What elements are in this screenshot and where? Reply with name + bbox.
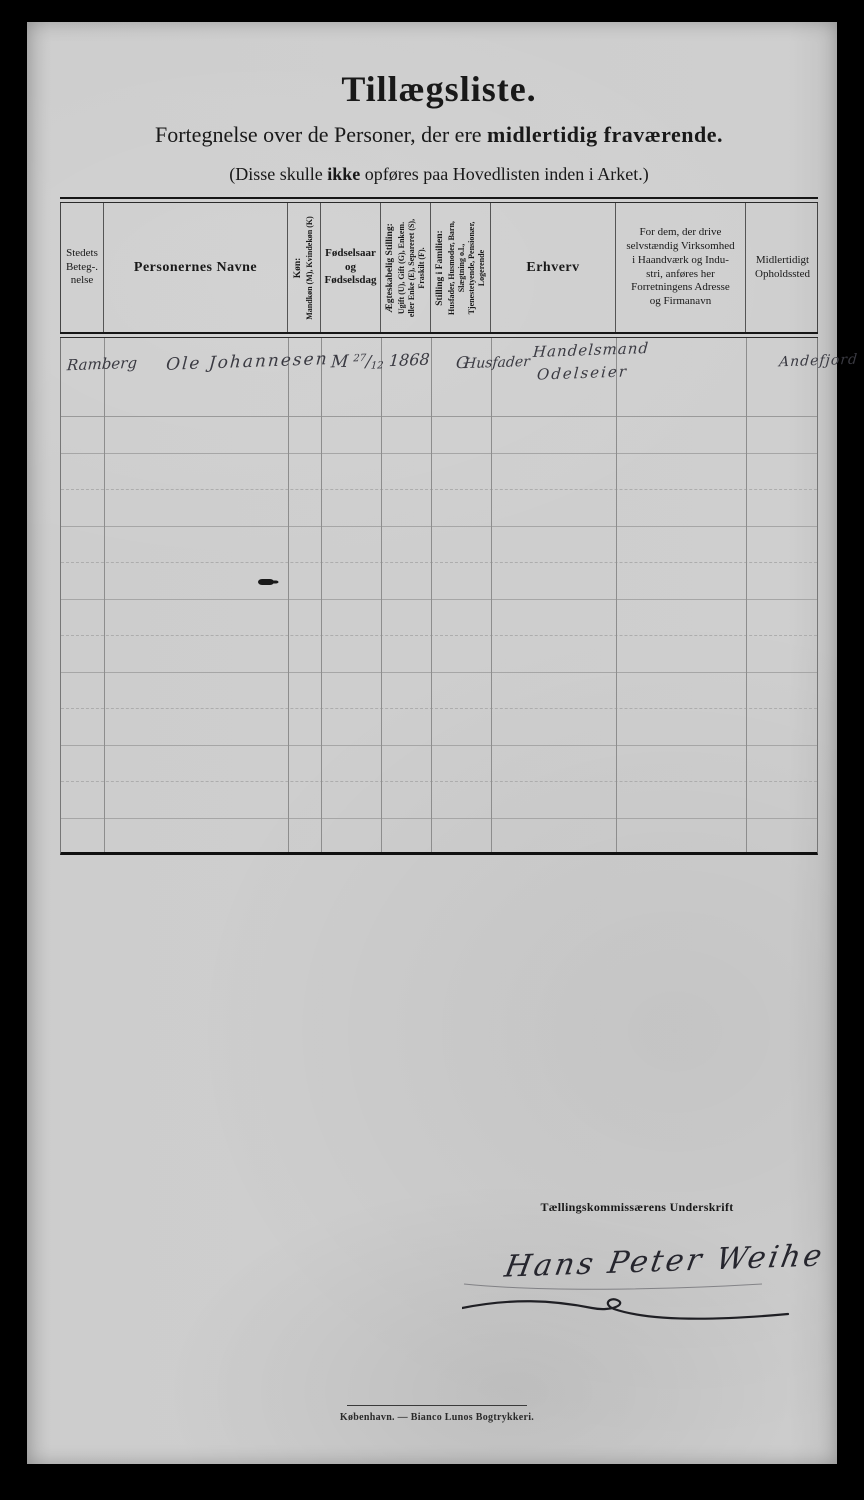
table-row [61, 600, 817, 637]
header-sex: Køn:Mandkøn (M), Kvindekøn (K) [288, 203, 321, 332]
signature-flourish-stroke [462, 1262, 792, 1332]
header-name: Personernes Navne [104, 203, 288, 332]
header-sex-rotated-text: Køn:Mandkøn (M), Kvindekøn (K) [293, 207, 315, 329]
note-pre-text: (Disse skulle [229, 164, 327, 184]
table-row [61, 746, 817, 783]
imprint-rule [347, 1405, 527, 1406]
column-rule [746, 338, 747, 852]
row-residence-handwritten: Andefjord [778, 352, 858, 371]
table-row [61, 636, 817, 673]
page-note: (Disse skulle ikke opføres paa Hovedlist… [60, 164, 818, 185]
header-occupation: Erhverv [491, 203, 616, 332]
census-table: Stedets Beteg-. nelse Personernes Navne … [60, 197, 818, 855]
subtitle-regular-text: Fortegnelse over de Personer, der ere [155, 122, 487, 147]
header-sex-title: Køn: [293, 207, 305, 329]
column-rule [431, 338, 432, 852]
row-birthdate-handwritten: 27/12 1868 [352, 350, 430, 373]
table-row [61, 782, 817, 819]
row-sex-handwritten: M [330, 352, 349, 373]
birthdate-month: 12 [370, 360, 383, 371]
table-row-entry: Ramberg Ole Johannesen M 27/12 1868 G Hu… [61, 338, 817, 417]
table-row [61, 709, 817, 746]
header-marital: Ægteskabelig Stilling:Ugift (U), Gift (G… [381, 203, 431, 332]
table-body-rows: Ramberg Ole Johannesen M 27/12 1868 G Hu… [61, 338, 817, 855]
table-row [61, 417, 817, 454]
header-family-title: Stilling i Familien: [435, 207, 447, 329]
table-row [61, 819, 817, 856]
subtitle-bold-text: midlertidig fraværende. [487, 122, 723, 147]
ink-blot-artifact [258, 579, 274, 585]
header-birth: Fødselsaar og Fødselsdag [321, 203, 381, 332]
page-subtitle: Fortegnelse over de Personer, der ere mi… [60, 122, 818, 148]
header-business: For dem, der drive selvstændig Virksomhe… [616, 203, 746, 332]
row-occupation-line1-handwritten: Handelsmand [532, 339, 649, 361]
column-rule [381, 338, 382, 852]
table-row [61, 563, 817, 600]
header-family-rotated-text: Stilling i Familien:Husfader, Husmoder, … [435, 207, 487, 329]
paper-sheet: Tillægsliste. Fortegnelse over de Person… [27, 22, 837, 1464]
row-occupation-line2-handwritten: Odelseier [536, 362, 628, 383]
header-family: Stilling i Familien:Husfader, Husmoder, … [431, 203, 491, 332]
row-family-handwritten: Husfader [463, 354, 530, 372]
table-body: Ramberg Ole Johannesen M 27/12 1868 G Hu… [60, 338, 818, 855]
table-row [61, 527, 817, 564]
note-bold-text: ikke [327, 164, 360, 184]
table-row [61, 490, 817, 527]
header-residence: Midlertidigt Opholdssted [746, 203, 819, 332]
printer-imprint: København. — Bianco Lunos Bogtrykkeri. [257, 1412, 617, 1423]
table-row [61, 454, 817, 491]
column-rule [104, 338, 105, 852]
signature-label: Tællingskommissærens Underskrift [517, 1200, 757, 1215]
scanned-page-background: Tillægsliste. Fortegnelse over de Person… [0, 0, 864, 1500]
header-marital-detail: Ugift (U), Gift (G), Enkem. eller Enke (… [396, 218, 425, 316]
column-rule [491, 338, 492, 852]
header-family-detail: Husfader, Husmoder, Barn, Slægtning o.l.… [446, 221, 485, 315]
column-rule [288, 338, 289, 852]
table-row [61, 673, 817, 710]
row-place-handwritten: Ramberg [66, 354, 137, 375]
header-place: Stedets Beteg-. nelse [61, 203, 104, 332]
header-marital-title: Ægteskabelig Stilling: [385, 207, 397, 329]
row-name-handwritten: Ole Johannesen [165, 349, 329, 375]
birthdate-year: 1868 [388, 350, 430, 370]
column-rule [321, 338, 322, 852]
header-marital-rotated-text: Ægteskabelig Stilling:Ugift (U), Gift (G… [385, 207, 427, 329]
header-sex-detail: Mandkøn (M), Kvindekøn (K) [305, 216, 314, 320]
birthdate-day: 27 [353, 353, 366, 364]
column-rule [616, 338, 617, 852]
note-post-text: opføres paa Hovedlisten inden i Arket.) [360, 164, 648, 184]
table-header-row: Stedets Beteg-. nelse Personernes Navne … [60, 203, 818, 332]
page-title: Tillægsliste. [60, 68, 818, 110]
